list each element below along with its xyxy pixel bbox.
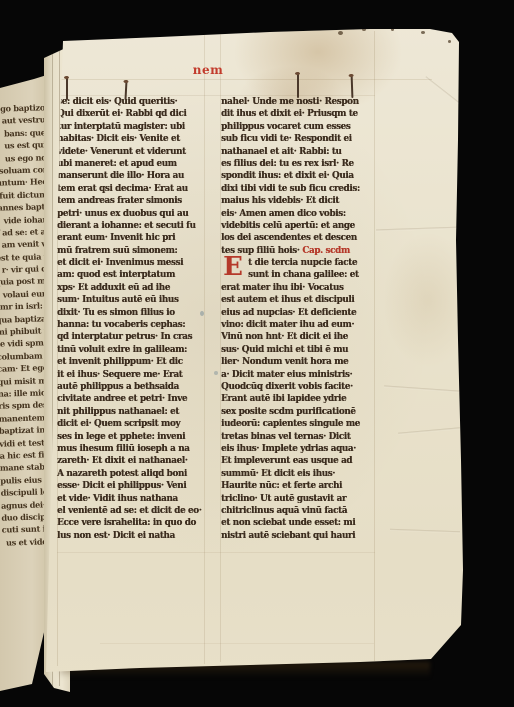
text-line: summū· Et dicit eis ihus· [221,468,377,480]
text-line: tinū voluit exire in galileam: [57,344,207,356]
ruling-line-horizontal [57,79,432,80]
text-line: Erant autē ibi lapidee ydrie [221,393,377,405]
text-line: videte· Venerunt et viderunt [57,146,207,158]
text-line: Et impleverunt eas usque ad [221,455,377,467]
stain-speck [362,28,366,31]
text-line: autē philippus a bethsaida [57,381,207,393]
facing-text-line: us est qui [0,138,46,152]
text-line: el venientē ad se: et dicit de eo· [57,505,207,517]
crease [384,385,460,392]
text-line: sub ficu vidi te· Respondit ei [221,133,377,145]
ruling-line-horizontal [57,552,375,553]
manuscript-page: nem se: dicit eis· Quid queritis·Qui dix… [0,0,514,707]
ascender-flourish [297,72,299,98]
text-line: tur interptatū magister: ubi [57,121,207,133]
facing-text-line: am venit vi [0,238,49,252]
text-line: xps· Et adduxit eū ad ihe [57,282,207,294]
facing-text-line: annes bapti [0,200,48,214]
text-line: iudeorū: capientes singule me [221,418,377,430]
text-line: dierant a iohanne: et secuti fu [57,220,207,232]
text-line: ubi maneret: et apud eum [57,158,207,170]
stain-speck [421,31,425,34]
facing-text-line: mr in isrl: p [0,299,51,313]
text-line: tem erat qsi decima· Erat au [57,183,207,195]
text-line: Vinū non hnt· Et dicit ei ihe [221,331,377,343]
text-line: nathanael et ait· Rabbi: tu [221,146,377,158]
text-line: eis· Amen amen dico vobis: [221,208,377,220]
text-line: spondit ihus: et dixit ei· Quia [221,170,377,182]
text-line: nahel· Unde me nosti· Respon [221,96,377,108]
text-line: eis ihus· Implete ydrias aqua· [221,443,377,455]
text-line: es filius dei: tu es rex isrl· Re [221,158,377,170]
text-line: lus non est· Dicit ei natha [57,530,207,542]
text-line: Haurite nūc: et ferte archi [221,480,377,492]
text-line: triclino· Ut autē gustavit ar [221,493,377,505]
text-line: civitate andree et petri· Inve [57,393,207,405]
text-line: Quodcūq dixerit vobis facite· [221,381,377,393]
photo-background: go baptizoaut vestrubans: queus est quiu… [0,0,514,707]
text-line: petri· unus ex duobus qui au [57,208,207,220]
text-column-left: se: dicit eis· Quid queritis·Qui dixerūt… [57,96,207,542]
text-line: eius ad nupcias· Et deficiente [221,307,377,319]
text-line: lier· Nondum venit hora me [221,356,377,368]
text-line: hanna: tu vocaberis cephas: [57,319,207,331]
text-line: ses in lege et pphete: inveni [57,431,207,443]
text-line: sus· Quid michi et tibi ē mu [221,344,377,356]
stain-speck [338,31,343,35]
text-line: et invenit philippum· Et dic [57,356,207,368]
text-line: nistri autē sciebant qui hauri [221,530,377,542]
text-line: sum· Intuitus autē eū ihus [57,294,207,306]
running-title: nem [188,63,228,77]
text-line: se: dicit eis· Quid queritis· [57,96,207,108]
text-line: videbitis celū apertū: et ange [221,220,377,232]
crease [390,529,460,533]
ascender-flourish [351,74,354,98]
text-line: esse· Dicit ei philippus· Veni [57,480,207,492]
text-line: nit philippus nathanael: et [57,406,207,418]
text-line: am: quod est interptatum [57,269,207,281]
text-line: sunt in chana galilee: et [221,269,377,281]
text-line: et non sciebat unde esset: mi [221,517,377,529]
text-line: maius his videbis· Et dicit [221,195,377,207]
text-line: it ei ihus· Sequere me· Erat [57,369,207,381]
text-line: zareth· Et dixit ei nathanael· [57,455,207,467]
crease [425,76,467,110]
ink-smudge [214,371,218,375]
ruling-line-horizontal [100,643,374,644]
text-line: dit ihus et dixit ei· Priusqm te [221,108,377,120]
text-line: manserunt die illo· Hora au [57,170,207,182]
text-line: philippus vocaret cum esses [221,121,377,133]
text-line: erat mater ihu ibi· Vocatus [221,282,377,294]
text-line: A nazareth potest aliqd boni [57,468,207,480]
text-line: vino: dicit mater ihu ad eum· [221,319,377,331]
text-line: tretas binas vel ternas· Dicit [221,431,377,443]
text-run: tes sup filiū hois· [221,246,302,256]
text-line: los dei ascendentes et descen [221,232,377,244]
text-line: dixi tibi vidi te sub ficu credis: [221,183,377,195]
text-line: dicit ei· Quem scripsit moy [57,418,207,430]
text-line: dixit· Tu es simon filius io [57,307,207,319]
text-line: erant eum· Invenit hic pri [57,232,207,244]
text-line: mū fratrem suū simonem: [57,245,207,257]
ink-smudge [200,311,204,316]
text-line: tes sup filiū hois· Cap. scdm [221,245,377,257]
text-line: mus ihesum filiū ioseph a na [57,443,207,455]
text-line: Qui dixerūt ei· Rabbi qd dici [57,108,207,120]
text-column-right: nahel· Unde me nosti· Respondit ihus et … [221,96,377,542]
text-line: tem andreas frater simonis [57,195,207,207]
stain-speck [448,40,451,43]
text-line: t die tercia nupcie facte [221,257,377,269]
chapter-rubric: Cap. scdm [302,246,350,256]
text-line: et dicit ei· Invenimus messi [57,257,207,269]
text-line: chitriclinus aquā vinū factā [221,505,377,517]
text-line: habitas· Dicit eis· Venite et [57,133,207,145]
text-line: et vide· Vidit ihus nathana [57,493,207,505]
stain-speck [391,28,394,31]
crease [398,427,460,434]
crease [376,227,460,232]
text-line: a· Dicit mater eius ministris· [221,369,377,381]
text-line: est autem et ihus et discipuli [221,294,377,306]
text-line: qd interptatur petrus· In cras [57,331,207,343]
text-line: sex posite scdm purificationē [221,406,377,418]
text-line: Ecce vere israhelita: in quo do [57,517,207,529]
